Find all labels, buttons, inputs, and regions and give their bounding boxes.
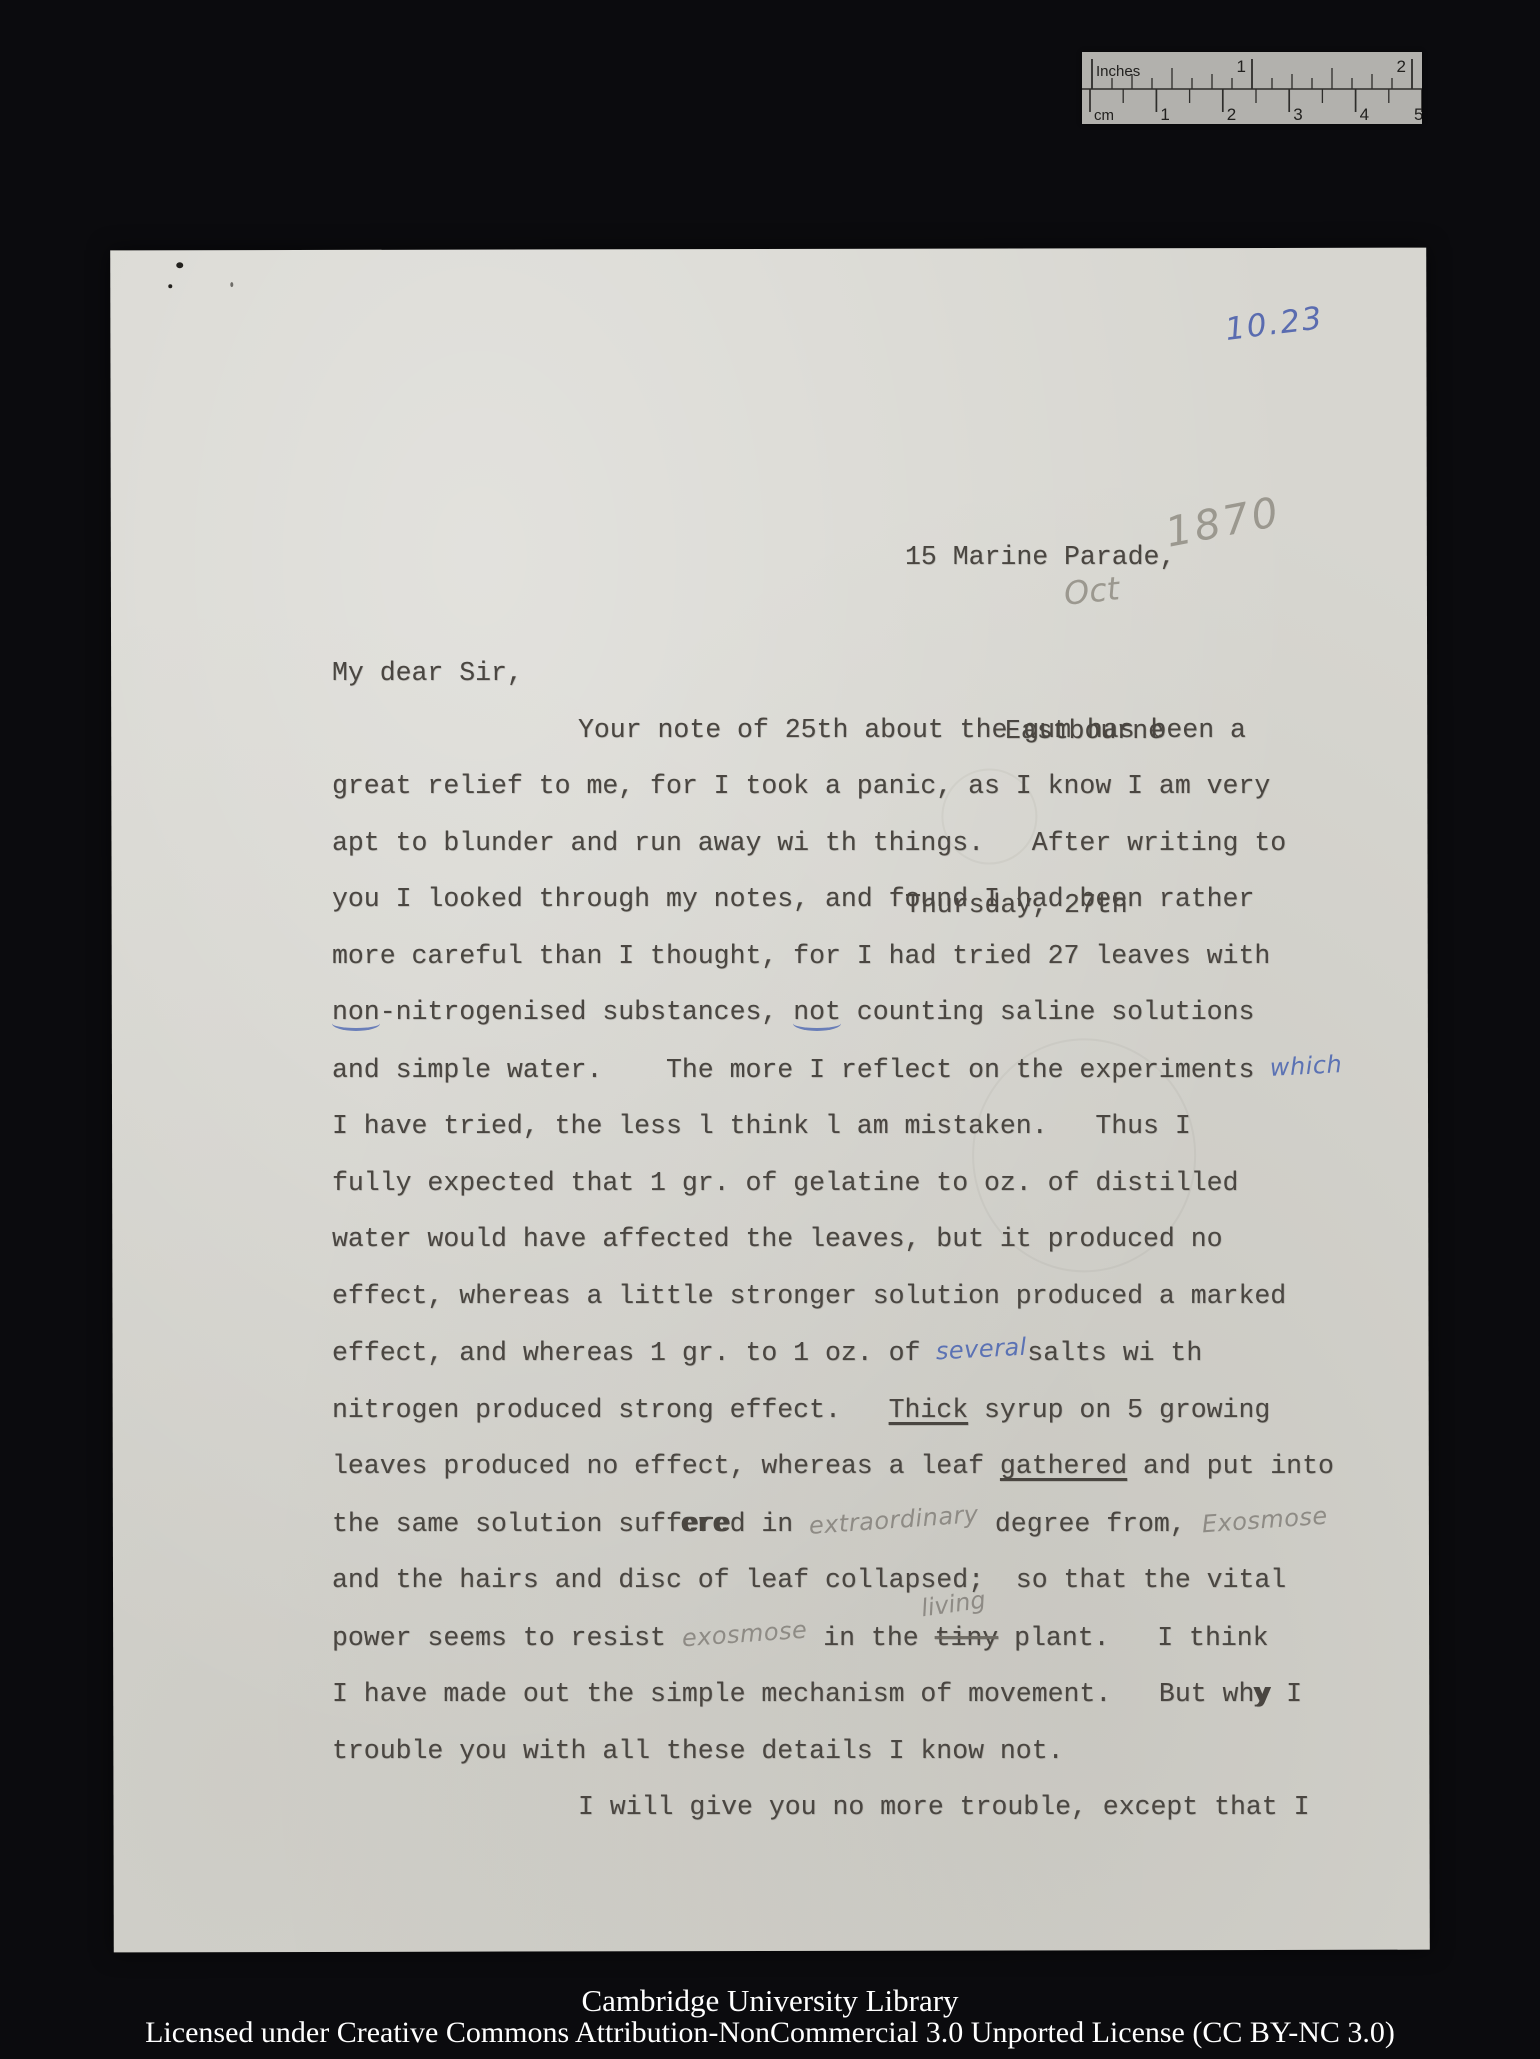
typed-text: great relief to me, for I took a panic, …	[332, 771, 1270, 801]
ruler-cm-number: 4	[1360, 105, 1369, 124]
letter-line: and simple water. The more I reflect on …	[332, 1041, 1343, 1099]
heading-address-line: 15 Marine Parade,	[905, 528, 1175, 586]
typed-underlined-word: gathered	[1000, 1451, 1127, 1481]
blue-underlined-word: not	[793, 997, 841, 1031]
letter-line: power seems to resist exosmose in the ti…	[332, 1609, 1343, 1667]
blue-ink-insertion: several	[935, 1319, 1029, 1380]
measuring-ruler: Inches12cm12345	[1082, 52, 1422, 124]
typed-struck-word: tinyliving	[935, 1610, 999, 1667]
letter-line: and the hairs and disc of leaf collapsed…	[332, 1552, 1343, 1609]
typed-text: apt to blunder and run away wi th things…	[332, 828, 1286, 858]
typed-text: syrup on 5 growing	[968, 1395, 1270, 1425]
typed-overstruck-letters: ere	[682, 1509, 730, 1539]
letter-line: effect, and whereas 1 gr. to 1 oz. of se…	[332, 1324, 1343, 1382]
typed-text: power seems to resist	[332, 1623, 682, 1653]
letter-line: the same solution suffered in extraordin…	[332, 1495, 1343, 1553]
typed-text: fully expected that 1 gr. of gelatine to…	[332, 1168, 1238, 1198]
footer-credit: Cambridge University Library	[0, 1983, 1540, 2019]
typed-text: I	[1270, 1679, 1302, 1709]
typed-text: Your note of 25th about the gum has been…	[578, 715, 1246, 745]
typed-overstruck-letters: y	[1254, 1679, 1270, 1709]
blue-ink-insertion: which	[1269, 1036, 1344, 1096]
ruler-inch-number: 1	[1237, 57, 1246, 76]
letter-line: I have made out the simple mechanism of …	[332, 1666, 1343, 1723]
letter-line: apt to blunder and run away wi th things…	[332, 815, 1343, 872]
letter-line: leaves produced no effect, whereas a lea…	[332, 1438, 1343, 1495]
letter-line: I will give you no more trouble, except …	[332, 1779, 1343, 1836]
typed-text: and put into	[1127, 1451, 1334, 1481]
typed-text: I have tried, the less l think l am mist…	[332, 1111, 1191, 1141]
typed-text: d in	[730, 1509, 810, 1539]
typed-text: and simple water. The more I reflect on …	[332, 1055, 1270, 1085]
scanned-letter-page: { "colors":{ "background":"#0b0b0e", "pa…	[0, 0, 1540, 2059]
ruler-cm-number: 3	[1293, 105, 1302, 124]
letter-line: you I looked through my notes, and found…	[332, 871, 1343, 928]
letter-line: more careful than I thought, for I had t…	[332, 928, 1343, 985]
typed-text: effect, whereas a little stronger soluti…	[332, 1281, 1286, 1311]
letter-line: I have tried, the less l think l am mist…	[332, 1098, 1343, 1155]
typed-text: plant. I think	[998, 1623, 1268, 1653]
pencil-insertion: Exosmose	[1200, 1487, 1330, 1552]
typed-text: in the	[807, 1623, 934, 1653]
typed-text: effect, and whereas 1 gr. to 1 oz. of	[332, 1338, 936, 1368]
typed-text: trouble you with all these details I kno…	[332, 1736, 1064, 1766]
pencil-insertion: exosmose	[680, 1601, 809, 1666]
letter-line: My dear Sir,	[332, 645, 1343, 702]
letter-line: nitrogen produced strong effect. Thick s…	[332, 1382, 1343, 1439]
letter-body: My dear Sir,Your note of 25th about the …	[332, 645, 1343, 1836]
typed-underlined-word: Thick	[889, 1395, 969, 1425]
typed-text: the same solution suff	[332, 1509, 682, 1539]
letter-line: trouble you with all these details I kno…	[332, 1723, 1343, 1780]
typed-text: and the hairs and disc of leaf collapsed…	[332, 1565, 1286, 1595]
pencil-insertion-above: living	[917, 1571, 989, 1636]
typed-text: you I looked through my notes, and found…	[332, 884, 1254, 914]
ruler-cm-label: cm	[1094, 107, 1114, 124]
typed-text: counting saline solutions	[841, 997, 1254, 1027]
letter-line: water would have affected the leaves, bu…	[332, 1211, 1343, 1268]
typed-text: nitrogen produced strong effect.	[332, 1395, 889, 1425]
ruler-cm-number: 1	[1160, 105, 1169, 124]
typed-text: leaves produced no effect, whereas a lea…	[332, 1451, 1000, 1481]
ruler-scale: Inches12cm12345	[1082, 52, 1422, 124]
letter-line: non-nitrogenised substances, not countin…	[332, 984, 1343, 1041]
letter-line: great relief to me, for I took a panic, …	[332, 758, 1343, 815]
letter-line: Your note of 25th about the gum has been…	[332, 702, 1343, 759]
typed-text: degree from,	[979, 1509, 1202, 1539]
ruler-cm-number: 2	[1227, 105, 1236, 124]
blue-underlined-word: non	[332, 997, 380, 1031]
typed-text: more careful than I thought, for I had t…	[332, 941, 1270, 971]
typed-text: I have made out the simple mechanism of …	[332, 1679, 1254, 1709]
paper-speck	[230, 282, 233, 287]
ruler-inches-label: Inches	[1096, 63, 1140, 80]
ruler-inch-number: 2	[1397, 57, 1406, 76]
paper-speck	[176, 262, 183, 268]
ruler-cm-number: 5	[1414, 105, 1422, 124]
letter-line: effect, whereas a little stronger soluti…	[332, 1268, 1343, 1325]
typed-text: -nitrogenised substances,	[380, 997, 793, 1027]
typed-text: My dear Sir,	[332, 658, 523, 688]
pencil-insertion: extraordinary	[807, 1486, 980, 1554]
typed-text: I will give you no more trouble, except …	[578, 1792, 1310, 1822]
footer-license: Licensed under Creative Commons Attribut…	[0, 2016, 1540, 2050]
letter-line: fully expected that 1 gr. of gelatine to…	[332, 1155, 1343, 1212]
paper-speck	[168, 284, 172, 288]
typed-text: water would have affected the leaves, bu…	[332, 1224, 1223, 1254]
typed-text: salts wi th	[1027, 1338, 1202, 1368]
